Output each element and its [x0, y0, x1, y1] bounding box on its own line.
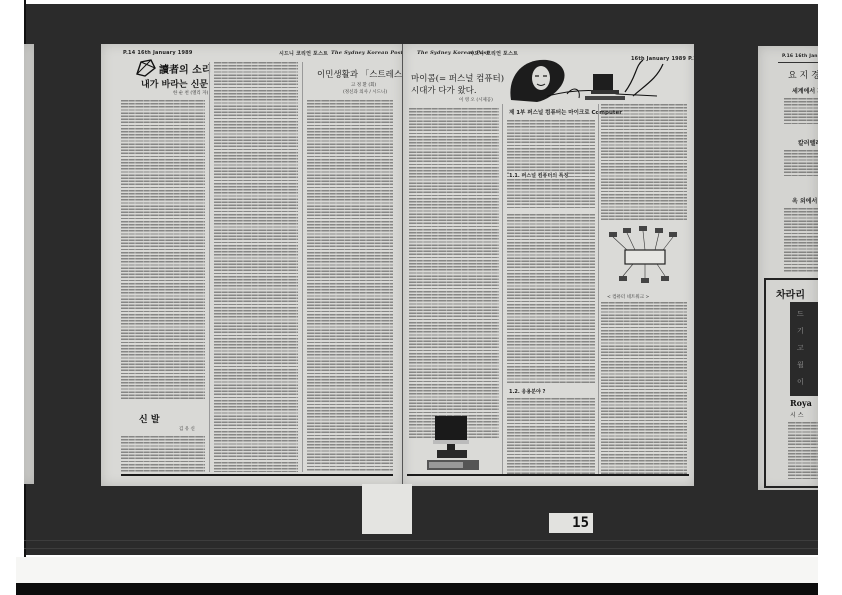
ad-title: 차라리 — [776, 286, 805, 301]
column-rule — [209, 62, 210, 472]
advertisement: 차라리 드 기 고 월 이 Roya 시 스 — [764, 278, 818, 488]
page-bottom-rule — [407, 474, 689, 476]
film-border — [16, 583, 818, 595]
subsection-title: 1.2. 응용분야 ? — [509, 388, 545, 395]
ad-panel-text: 기 — [797, 326, 818, 336]
text-column — [784, 208, 818, 272]
article-byline: 이 영 오 (시제공) — [459, 97, 493, 103]
text-column — [409, 108, 499, 438]
text-column — [601, 302, 687, 474]
ad-subtitle: 시 스 — [790, 410, 804, 419]
running-head-korean: 시드니 코리언 포스트 — [279, 50, 328, 57]
article-headline: 讀者의 소리 — [159, 61, 211, 76]
article-headline: 신 발 — [139, 412, 160, 425]
column-rule — [302, 62, 303, 472]
text-column — [307, 100, 393, 472]
film-streak — [24, 548, 818, 549]
figure-caption: < 컴퓨터 네트워크 > — [607, 294, 649, 300]
running-head-date: P.14 16th January 1989 — [123, 50, 193, 56]
text-column — [507, 398, 595, 474]
running-head-rule — [778, 62, 818, 63]
text-column — [784, 150, 818, 176]
desktop-computer-photo — [425, 414, 483, 474]
masthead: The Sydney Korean Post — [331, 50, 403, 56]
article-byline: 고 정 환 (회) — [351, 82, 376, 88]
text-column — [601, 104, 687, 222]
column-rule — [502, 104, 503, 474]
item-subhead: 칼러텔레 — [798, 138, 818, 147]
text-column — [121, 436, 205, 472]
text-column — [507, 214, 595, 384]
ad-text — [788, 422, 818, 480]
film-margin — [16, 557, 818, 583]
ad-brand: Roya — [790, 398, 812, 408]
article-subheadline: 시대가 다가 왔다. — [411, 84, 477, 96]
running-head-date: P.16 16th January — [782, 54, 818, 59]
page-bottom-rule — [121, 474, 393, 476]
column-headline: 요 지 경 — [788, 68, 818, 81]
text-column — [121, 100, 205, 400]
readers-voice-logo-icon — [135, 58, 157, 78]
article-headline: 이민생활과 「스트레스」 — [317, 68, 403, 80]
network-diagram — [599, 224, 691, 288]
article-headline: 마이콤(= 퍼스널 컴퓨터) — [411, 72, 504, 84]
ad-panel-text: 이 — [797, 377, 818, 387]
subsection-title: 1.1. 퍼스널 컴퓨터의 특징 — [509, 172, 568, 179]
film-streak — [24, 540, 818, 541]
item-subhead: 옥 외에서 판 — [792, 196, 818, 205]
neighbor-page-left-edge — [24, 44, 34, 484]
article-byline: 김 유 신 — [179, 426, 195, 432]
text-column — [784, 98, 818, 126]
newspaper-page-15: The Sydney Korean Post 시드니 코리언 포스트 16th … — [403, 44, 694, 486]
item-subhead: 세계에서 가 — [792, 86, 818, 95]
neighbor-page-16: P.16 16th January 요 지 경 세계에서 가 칼러텔레 옥 외에… — [758, 46, 818, 490]
article-subheadline: 내가 바라는 신문 — [141, 77, 208, 90]
text-column — [214, 62, 298, 472]
ad-panel-text: 드 — [797, 309, 818, 319]
newspaper-page-14: P.14 16th January 1989 시드니 코리언 포스트 The S… — [101, 44, 403, 486]
article-byline-affiliation: (정신과 의사 / 시드니) — [343, 89, 387, 95]
ad-dark-panel: 드 기 고 월 이 — [790, 302, 818, 396]
ad-panel-text: 월 — [797, 360, 818, 370]
woman-with-computer-illustration — [507, 56, 677, 104]
film-paper-slip — [362, 484, 412, 534]
article-byline: 한 순 천 (엘리 자) — [173, 90, 208, 96]
ad-panel-text: 고 — [797, 343, 818, 353]
text-column — [507, 120, 595, 210]
frame-number-tag: 15 — [549, 513, 593, 533]
column-rule — [598, 104, 599, 474]
